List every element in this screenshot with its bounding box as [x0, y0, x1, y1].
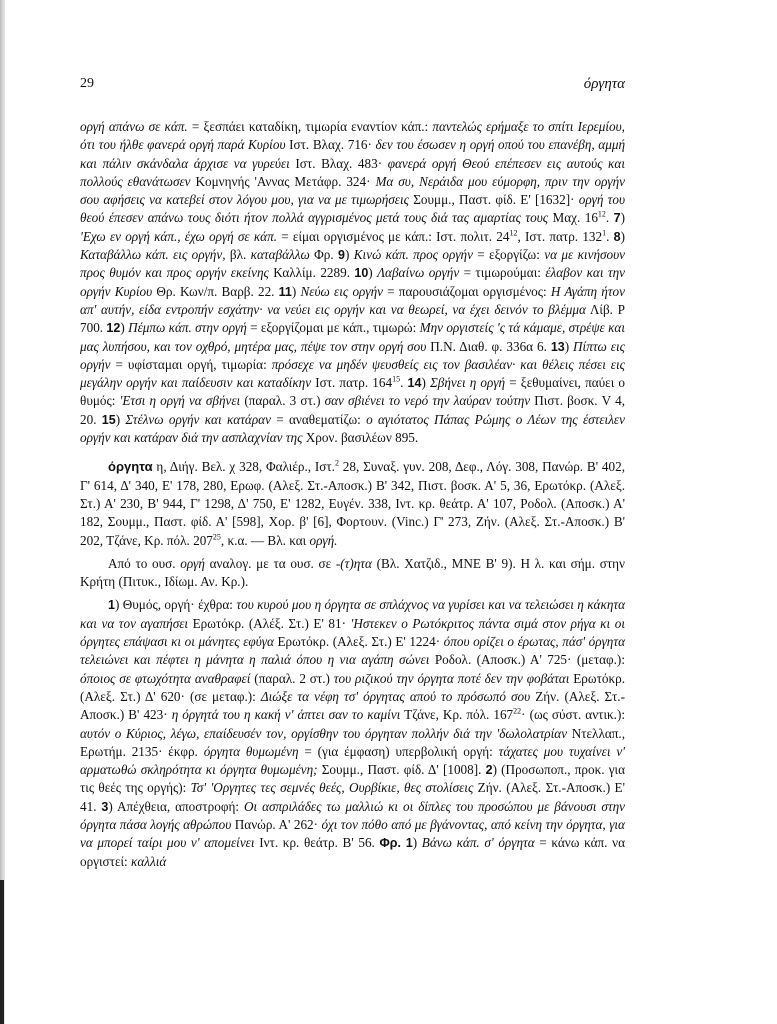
sense-number: 12	[106, 321, 120, 335]
text-segment: = (για έμφαση) υπερβολική οργή:	[299, 744, 499, 759]
superscript: 12	[510, 228, 518, 237]
page-number: 29	[80, 76, 94, 92]
quotation-text: -(τ)ητα	[336, 556, 372, 571]
text-segment: )	[421, 375, 430, 390]
text-segment: .	[606, 229, 614, 244]
quotation-text: Βάνω κάπ. σ' όργητα	[422, 835, 535, 850]
quotation-text: οργή απάνω σε κάπ.	[80, 119, 188, 134]
text-segment: = εξοργίζω:	[473, 247, 544, 262]
text-segment: = παρουσιάζομαι οργισμένος:	[383, 284, 551, 299]
quotation-text: Σβήνει η οργή	[430, 375, 505, 390]
superscript: 25	[213, 532, 221, 541]
superscript: 12	[598, 210, 606, 219]
text-segment: = είμαι οργισμένος με κάπ.: Ιστ. πολιτ. …	[277, 229, 509, 244]
text-segment: Καλλίμ. 2289.	[269, 265, 355, 280]
paragraph-etymology: Από το ουσ. οργή αναλογ. με τα ουσ. σε -…	[80, 555, 625, 592]
text-segment: η, Διήγ. Βελ. χ 328, Φαλιέρ., Ιστ.	[153, 459, 335, 474]
text-segment: Τζάνε, Κρ. πόλ. 167	[400, 707, 513, 722]
sense-number: 10	[354, 266, 368, 280]
page-header: 29 όργητα	[80, 76, 625, 96]
sense-number: Φρ. 1	[379, 836, 412, 850]
quotation-text: όργητα θυμωμένη	[204, 744, 299, 759]
quotation-text: Κινώ κάπ. προς οργήν	[354, 247, 473, 262]
text-segment: Ερωτόκρ. (Αλεξ. Στ.) Ε' 1224·	[274, 634, 444, 649]
paragraph-gap	[80, 447, 625, 458]
text-segment: Ιστ. Βλαχ. 483·	[290, 156, 388, 171]
text-segment: )	[621, 229, 625, 244]
quotation-text: Διώξε τα νέφη τσ' όργητας απού το πρόσωπ…	[261, 689, 530, 704]
text-segment: = τιμωρούμαι:	[459, 265, 545, 280]
text-segment: · (ως σύστ. αντικ.):	[521, 707, 625, 722]
text-segment: Μαχ. 16	[548, 210, 598, 225]
quotation-text: καταβάλλω	[251, 247, 310, 262]
quotation-text: καλλιά	[131, 854, 166, 869]
text-segment: .	[400, 375, 407, 390]
text-segment: , κ.α. — Βλ. και	[221, 533, 310, 548]
text-segment: )	[120, 320, 128, 335]
text-segment: Ιστ. Βλαχ. 716·	[286, 137, 376, 152]
superscript: 15	[392, 375, 400, 384]
text-segment: , Ιστ. πατρ. 132	[518, 229, 603, 244]
text-segment: )	[621, 210, 625, 225]
text-segment: Π.Ν. Διαθ. φ. 336α 6.	[426, 339, 550, 354]
text-segment: (παραλ. 2 στ.)	[250, 671, 333, 686]
text-segment: = υφίσταμαι οργή, τιμωρία:	[111, 357, 272, 372]
paragraph-lemma: όργητα η, Διήγ. Βελ. χ 328, Φαλιέρ., Ιστ…	[80, 458, 625, 549]
quotation-text: αυτόν ο Κύριος, λέγω, επαίδευσέν τον, ορ…	[80, 726, 567, 741]
text-segment: Ιντ. κρ. θεάτρ. Β' 56.	[255, 835, 380, 850]
sense-number: 13	[551, 340, 565, 354]
text-segment: )	[116, 412, 126, 427]
sense-number: 9	[338, 248, 345, 262]
quotation-text: Τσ' 'Οργητες τες σεμνές θεές, Ουρβίκιε, …	[191, 780, 474, 795]
quotation-text: οργή	[180, 556, 205, 571]
quotation-text: Πέμπω κάπ. στην οργή	[128, 320, 247, 335]
text-segment: Πανώρ. Α' 262·	[231, 817, 321, 832]
quotation-text: οργή.	[310, 533, 338, 548]
sense-number: 7	[614, 211, 621, 225]
text-segment: .	[606, 210, 614, 225]
text-segment: Από το ουσ.	[108, 556, 180, 571]
text-segment: )	[565, 339, 573, 354]
text-segment: (παραλ. 3 στ.)	[240, 393, 324, 408]
quotation-text: η όργητά του η κακή ν' άπτει σαν το καμί…	[172, 707, 401, 722]
scan-binding-shadow	[0, 880, 4, 1024]
quotation-text: Λαβαίνω οργήν	[377, 265, 459, 280]
quotation-text: Νεύω εις οργήν	[300, 284, 382, 299]
text-segment: Σουμμ., Παστ. φίδ. Δ' [1008].	[318, 762, 486, 777]
text-segment: = εξοργίζομαι με κάπ., τιμωρώ:	[247, 320, 420, 335]
text-segment: ) Θυμός, οργή· έχθρα:	[115, 597, 236, 612]
sense-number: 14	[408, 376, 422, 390]
running-head: όργητα	[584, 76, 625, 93]
sense-number: 11	[279, 285, 292, 299]
text-segment: Θρ. Κων/π. Βαρβ. 22.	[152, 284, 278, 299]
text-segment: Ερωτόκρ. (Αλέξ. Στ.) Ε' 81·	[188, 616, 350, 631]
sense-number: 2	[486, 763, 493, 777]
quotation-text: 'Ετσι η οργή να σβήνει	[120, 393, 241, 408]
text-segment: Ροδολ. (Αποσκ.) Α' 725· (μεταφ.):	[429, 652, 625, 667]
sense-number: 1	[108, 598, 115, 612]
quotation-text: όποιος σε φτωχότητα αναθραφεί	[80, 671, 250, 686]
page-body: οργή απάνω σε κάπ. = ξεσπάει καταδίκη, τ…	[80, 118, 625, 871]
text-segment: αναλογ. με τα ουσ. σε	[205, 556, 336, 571]
quotation-text: Καταβάλλω κάπ. εις οργήν,	[80, 247, 226, 262]
text-segment: )	[413, 835, 422, 850]
text-segment: ) Απέχθεια, αποστροφή:	[108, 799, 244, 814]
scan-left-edge	[0, 0, 5, 1024]
quotation-text: σαν σβιένει το νερό την λαύραν τούτην	[325, 393, 530, 408]
sense-number: 8	[614, 230, 621, 244]
text-segment: Χρον. βασιλέων 895.	[302, 430, 418, 445]
text-segment: )	[368, 265, 377, 280]
quotation-text: 'Εχω εν οργή κάπ., έχω οργή σε κάπ.	[80, 229, 277, 244]
headword: όργητα	[108, 459, 153, 474]
superscript: 22	[513, 707, 521, 716]
paragraph-senses: 1) Θυμός, οργή· έχθρα: του κυρού μου η ό…	[80, 596, 625, 870]
text-segment: βλ.	[226, 247, 251, 262]
paragraph-continuation: οργή απάνω σε κάπ. = ξεσπάει καταδίκη, τ…	[80, 118, 625, 447]
text-segment: Κομνηνής 'Αννας Μετάφρ. 324·	[191, 174, 376, 189]
text-segment: )	[345, 247, 354, 262]
quotation-text: Στέλνω οργήν και κατάραν	[125, 412, 271, 427]
text-segment: = αναθεματίζω:	[271, 412, 366, 427]
text-segment: Φρ.	[310, 247, 338, 262]
sense-number: 15	[102, 413, 116, 427]
text-segment: = ξεσπάει καταδίκη, τιμωρία εναντίον κάπ…	[188, 119, 433, 134]
quotation-text: του ριζικού την όργητα ποτέ δεν την φοβά…	[334, 671, 570, 686]
text-segment: Ιστ. πατρ. 164	[311, 375, 392, 390]
text-segment: Σουμμ., Παστ. φίδ. Ε' [1632]·	[409, 192, 579, 207]
